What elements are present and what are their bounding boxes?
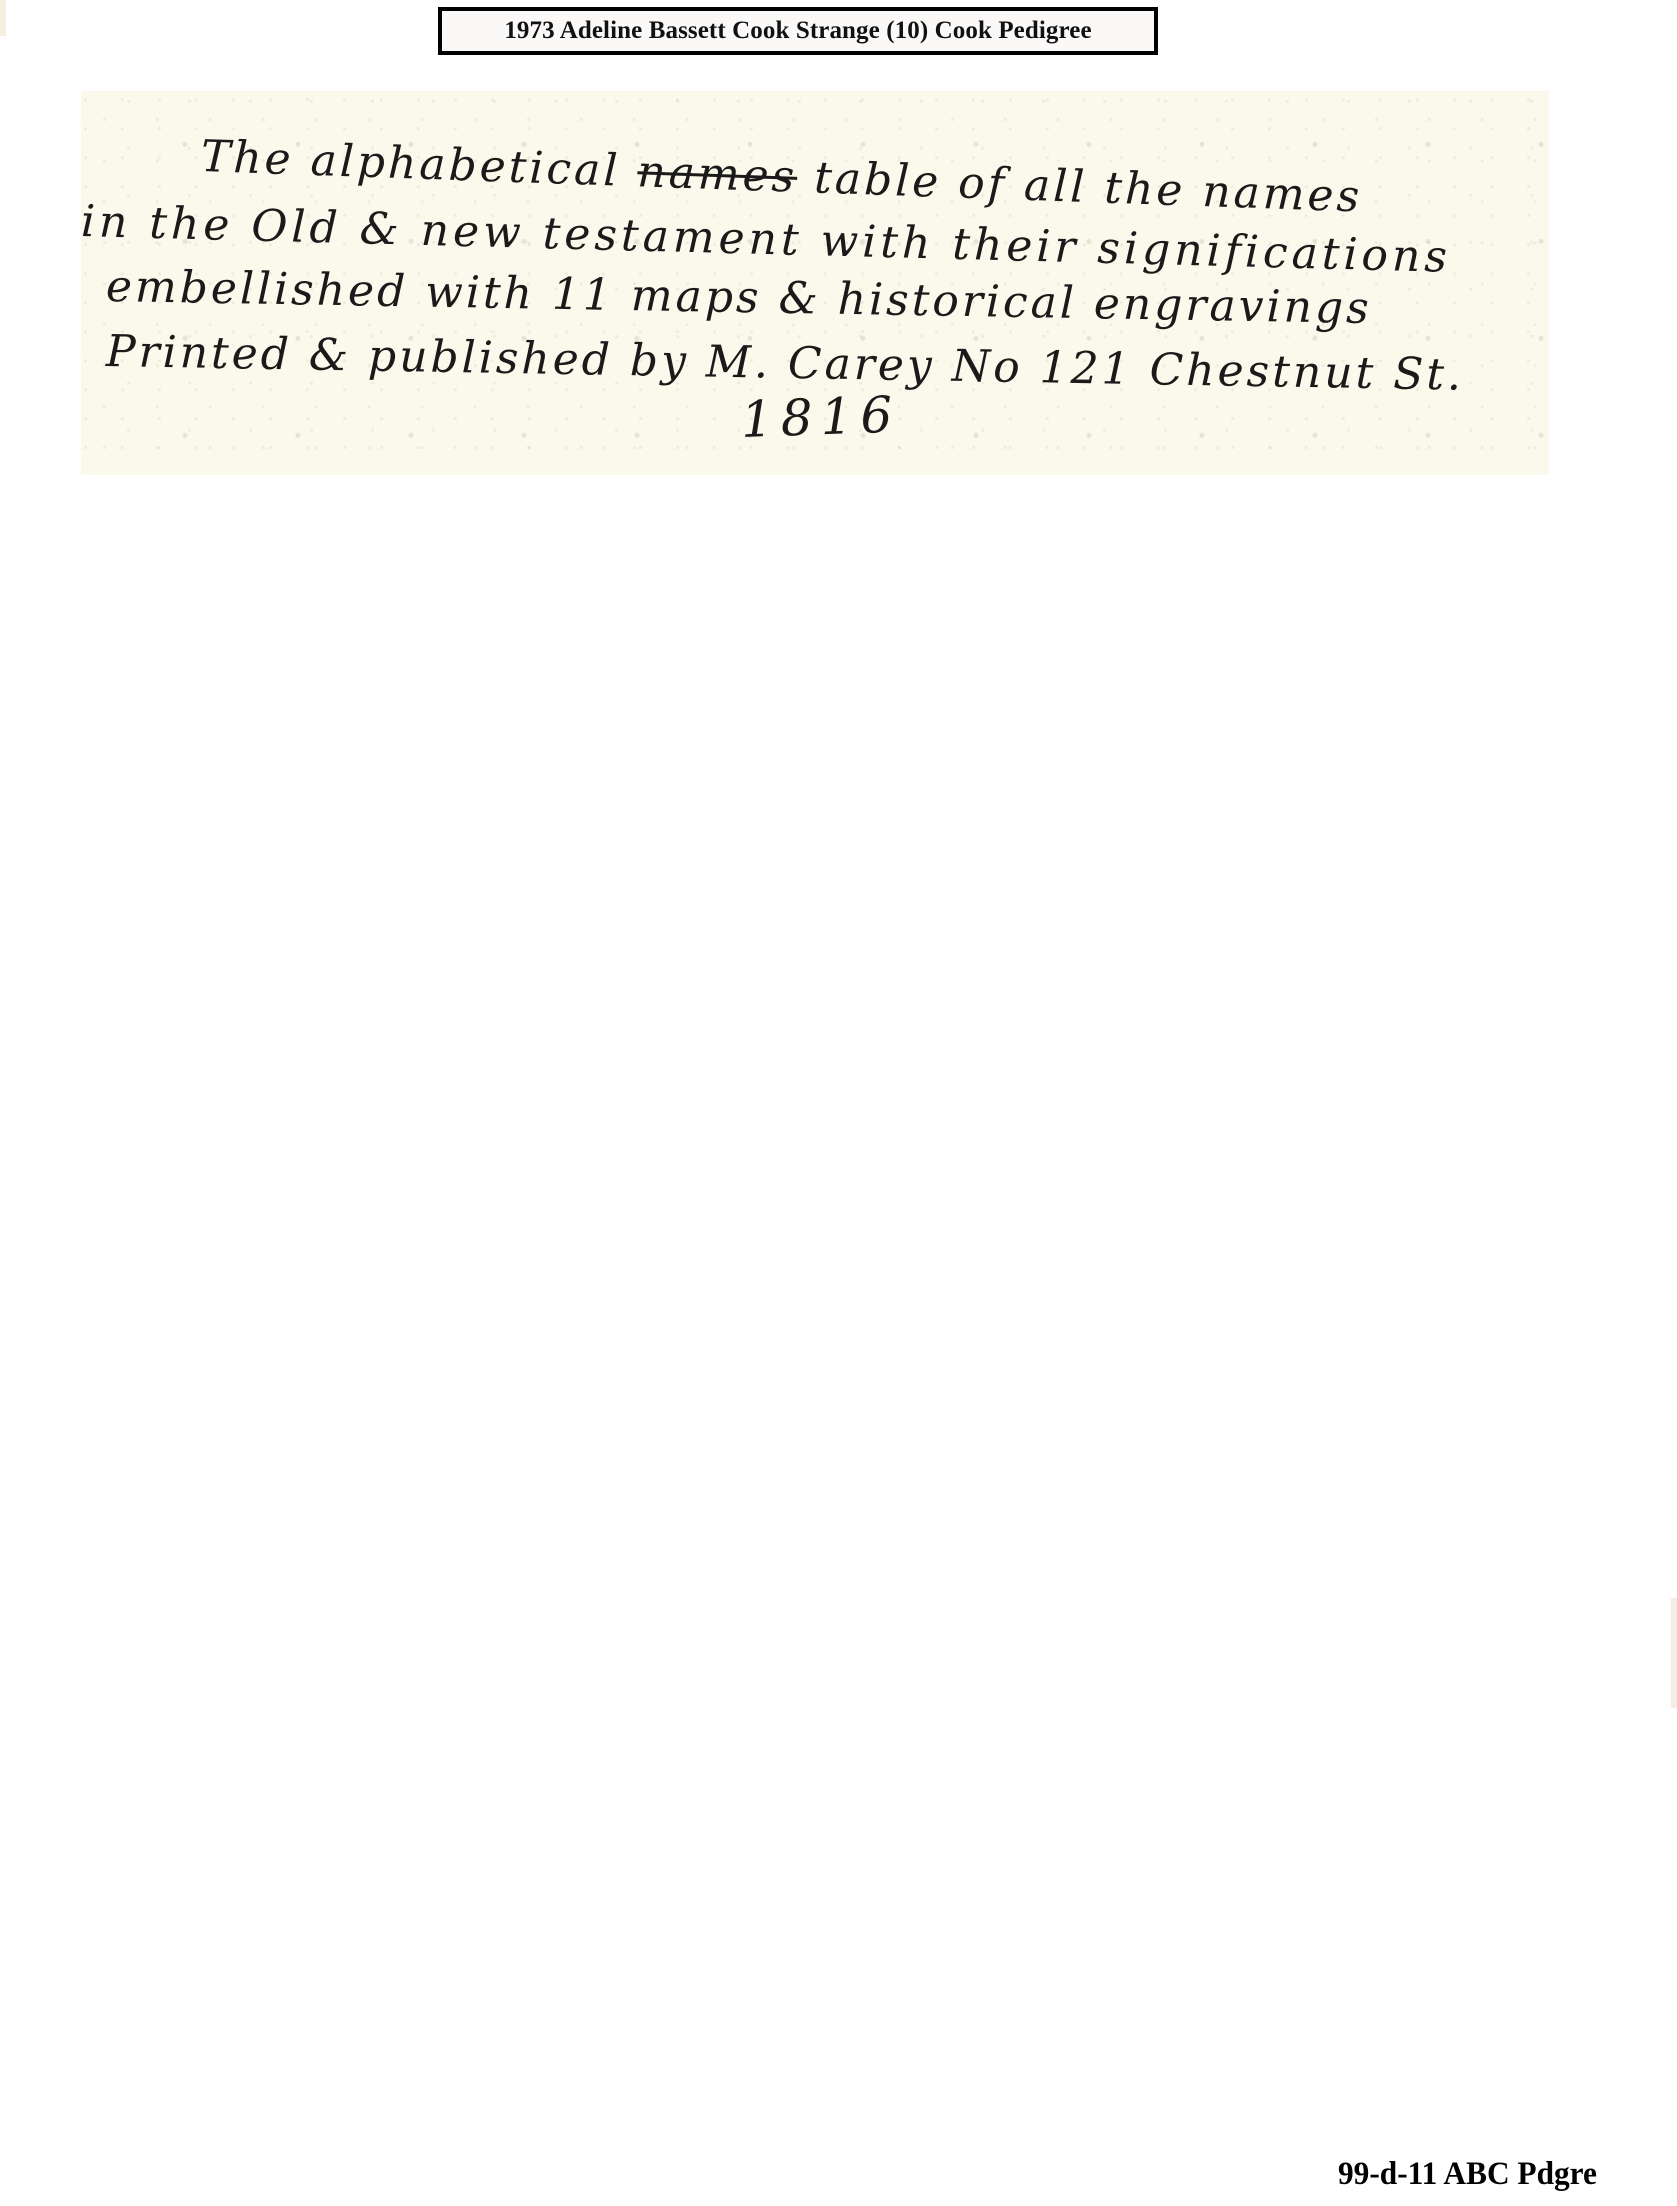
- struck-out-word: names: [637, 146, 799, 203]
- handwritten-manuscript-image: The alphabetical names table of all the …: [81, 91, 1549, 475]
- page-title: 1973 Adeline Bassett Cook Strange (10) C…: [504, 17, 1091, 45]
- document-reference-code: 99-d-11 ABC Pdgre: [1338, 2156, 1597, 2193]
- manuscript-line-5-year: 1816: [740, 385, 901, 449]
- page-title-box: 1973 Adeline Bassett Cook Strange (10) C…: [438, 7, 1158, 55]
- scan-edge-artifact: [1671, 1598, 1677, 1708]
- scan-edge-artifact: [0, 0, 6, 36]
